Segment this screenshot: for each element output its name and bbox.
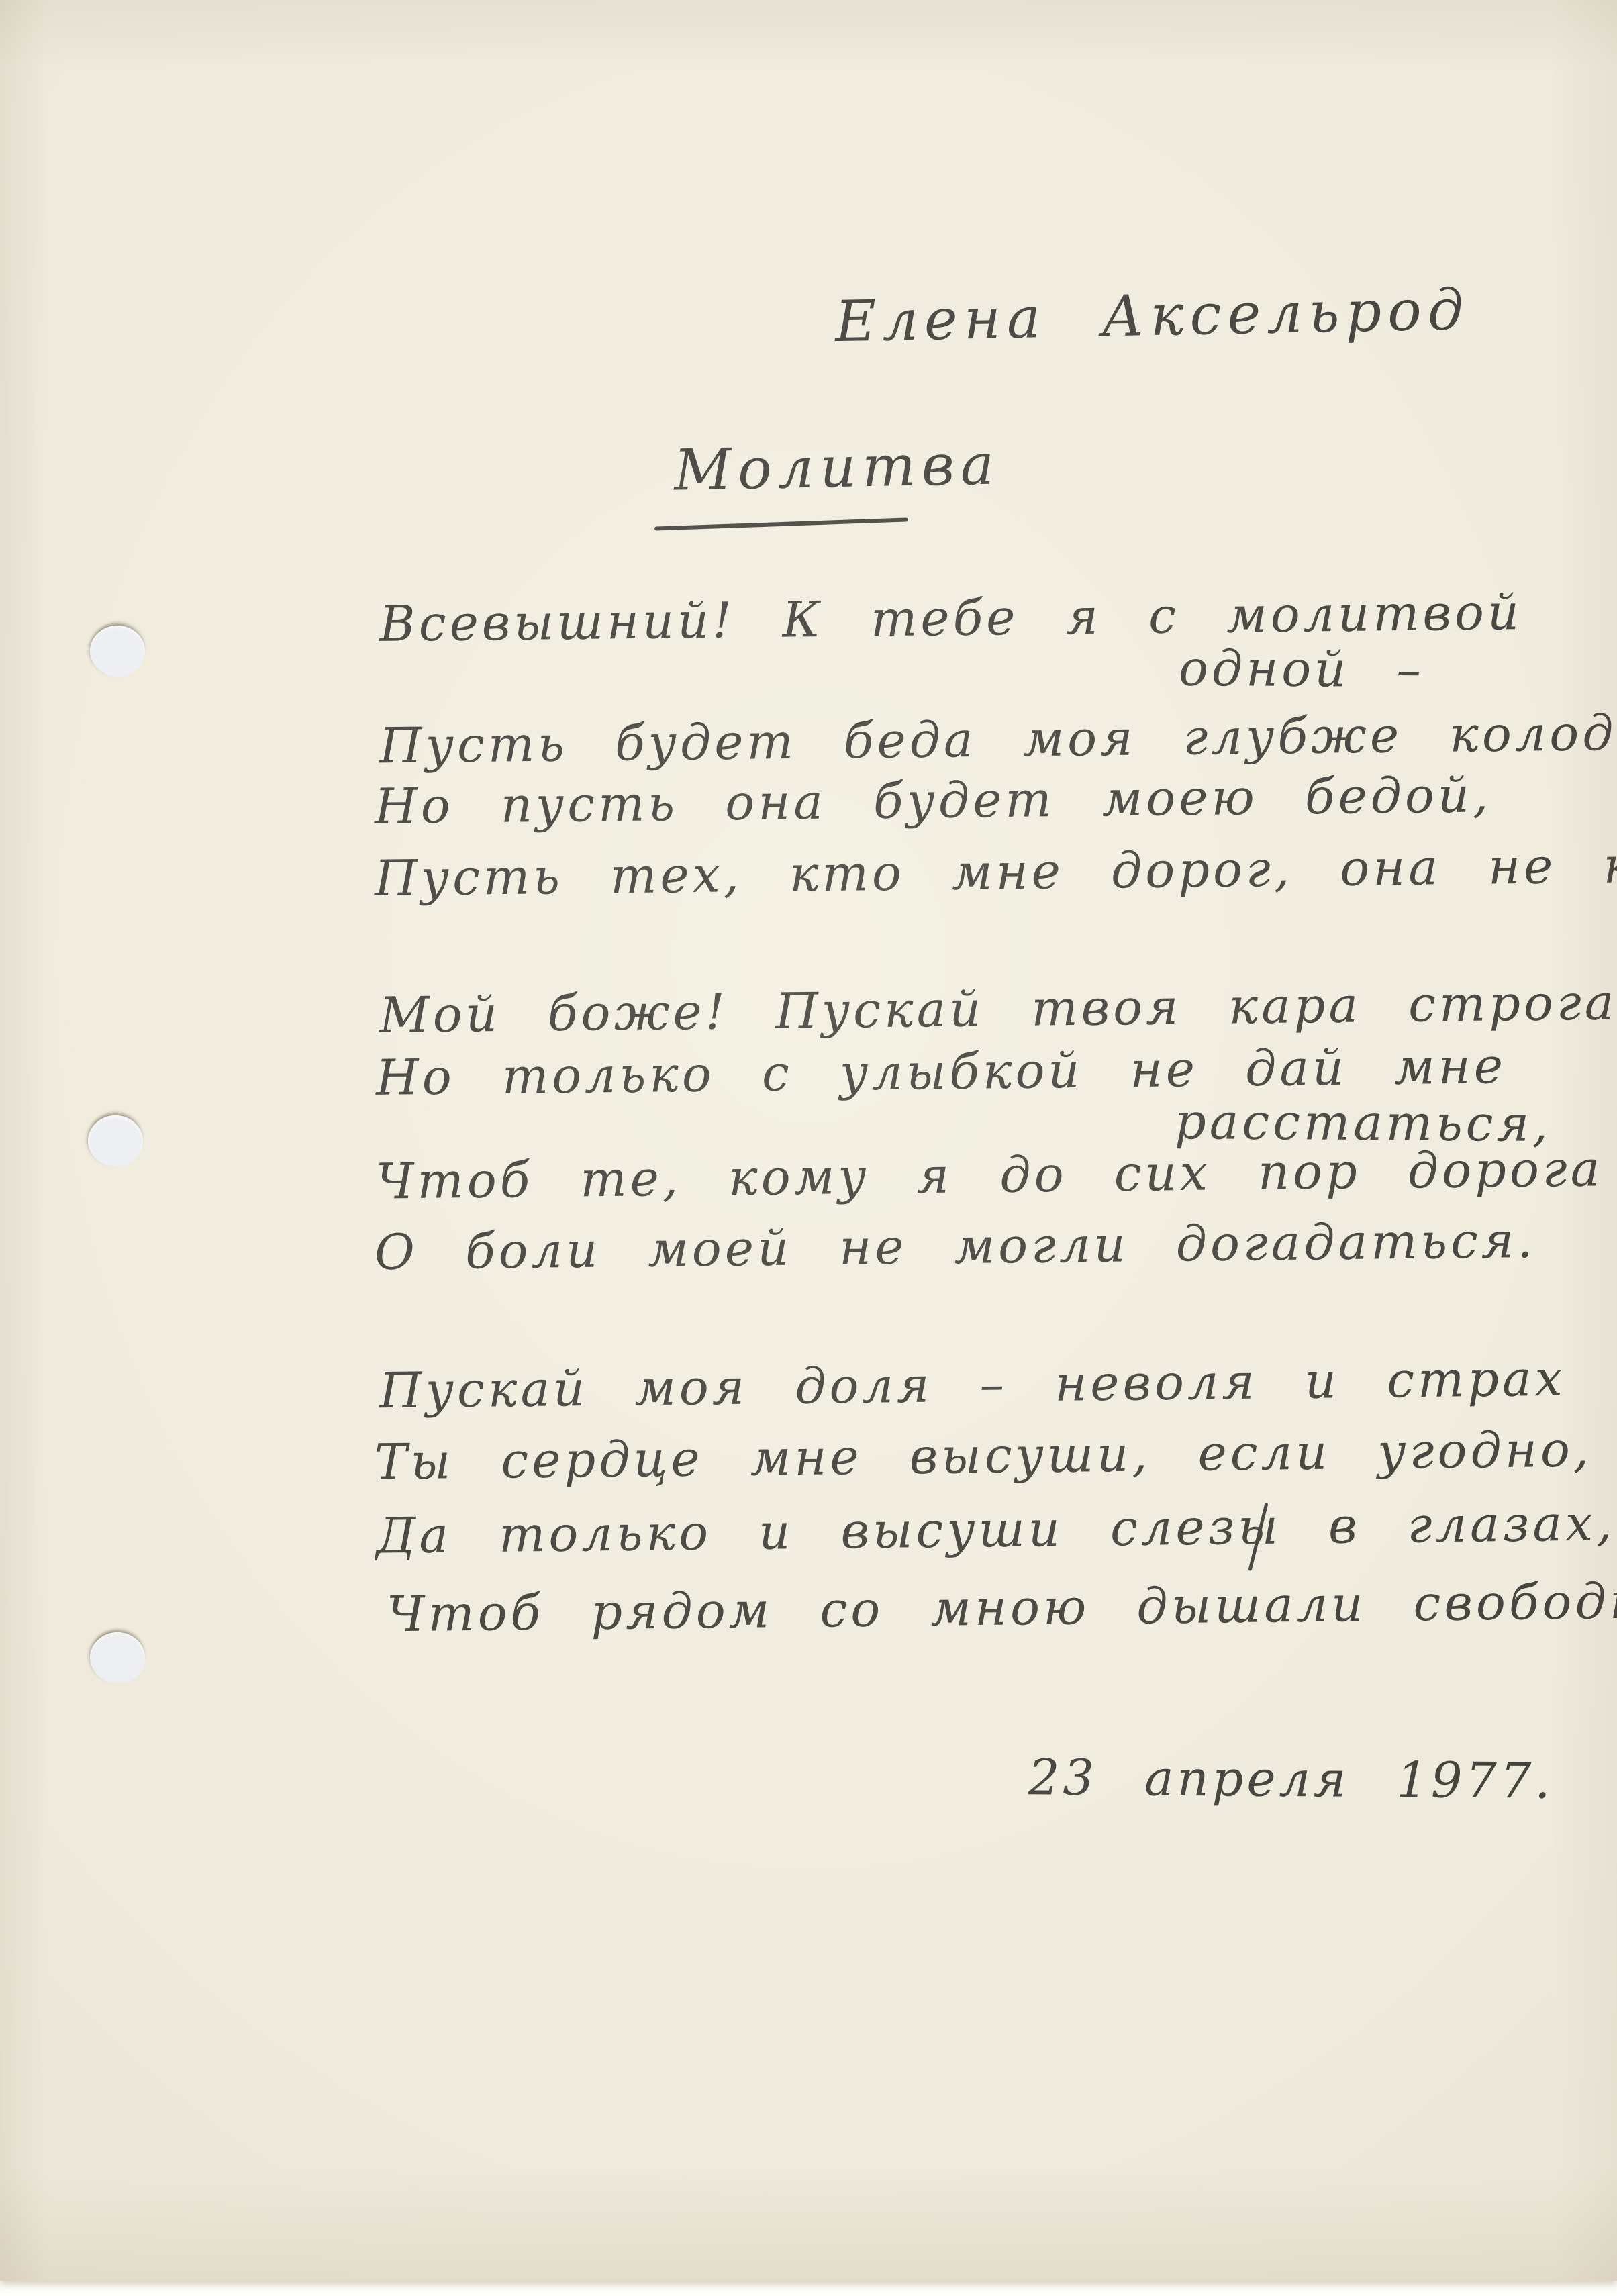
poem-line: Мой боже! Пускай твоя кара строга, <box>379 976 1617 1043</box>
author-name: Елена Аксельрод <box>834 279 1470 353</box>
poem-line: Но пусть она будет моею бедой, <box>375 768 1492 834</box>
punch-hole-middle <box>88 1115 143 1166</box>
poem-line: Пусть тех, кто мне дорог, она не коснётс… <box>375 836 1617 906</box>
poem-title: Молитва <box>673 433 1000 501</box>
punch-hole-top <box>90 626 145 677</box>
poem-line: Пускай моя доля – неволя и страх <box>379 1352 1566 1419</box>
poem-line: Чтоб рядом со мною дышали свободно. <box>387 1575 1617 1642</box>
poem-line: Чтоб те, кому я до сих пор дорога <box>376 1142 1604 1209</box>
title-underline <box>654 517 908 530</box>
poem-line: О боли моей не могли догадаться. <box>375 1214 1536 1280</box>
punch-hole-bottom <box>90 1632 145 1683</box>
poem-line: Пусть будет беда моя глубже колодца, <box>379 706 1617 774</box>
poem-line-wrap: одной – <box>1179 642 1425 698</box>
paper-sheet: Елена Аксельрод Молитва Всевышний! К теб… <box>0 0 1617 2281</box>
poem-line: Да только и высуши слезы в глазах, <box>376 1497 1616 1564</box>
scanned-page: Елена Аксельрод Молитва Всевышний! К теб… <box>0 0 1617 2296</box>
poem-line: Ты сердце мне высуши, если угодно, <box>375 1424 1593 1490</box>
date-line: 23 апреля 1977. <box>1028 1751 1554 1809</box>
